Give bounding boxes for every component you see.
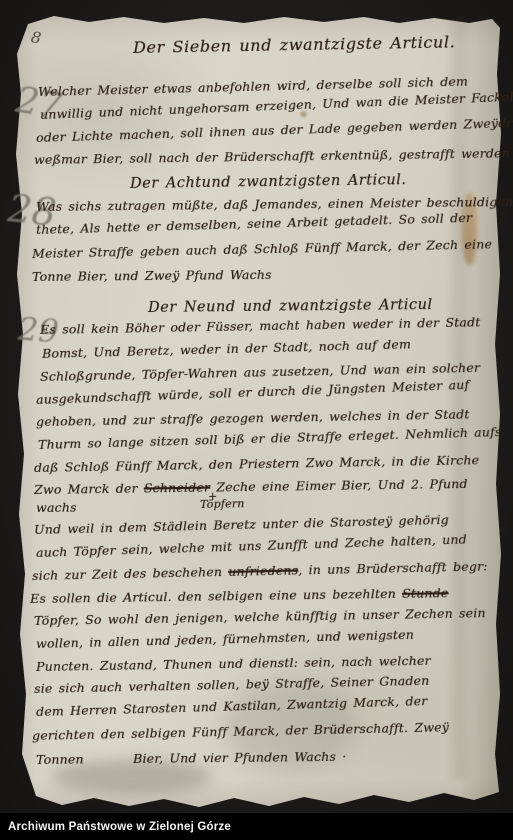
struck-word: Stunde [402,585,449,601]
archive-caption-bar: Archiwum Państwowe w Zielonej Górze [0,813,513,840]
line-segment: Zwo Marck der [34,480,144,497]
manuscript-line: Tonne Bier, und Zweÿ Pfund Wachs [32,267,272,284]
archive-scan-page: 8 27 28 29 Der Sieben und zwantzigste Ar… [0,0,513,840]
struck-word: Schneider [144,480,210,496]
scan-background: 8 27 28 29 Der Sieben und zwantzigste Ar… [0,0,513,813]
article-heading: Der Neund und zwantzigste Articul [148,297,433,316]
struck-word: unfriedens [228,562,298,578]
manuscript-line: wachs [36,500,77,515]
archive-caption: Archiwum Państwowe w Zielonej Górze [8,821,231,833]
paper-crease [446,20,472,780]
inserted-word: Töpfern [200,497,245,511]
